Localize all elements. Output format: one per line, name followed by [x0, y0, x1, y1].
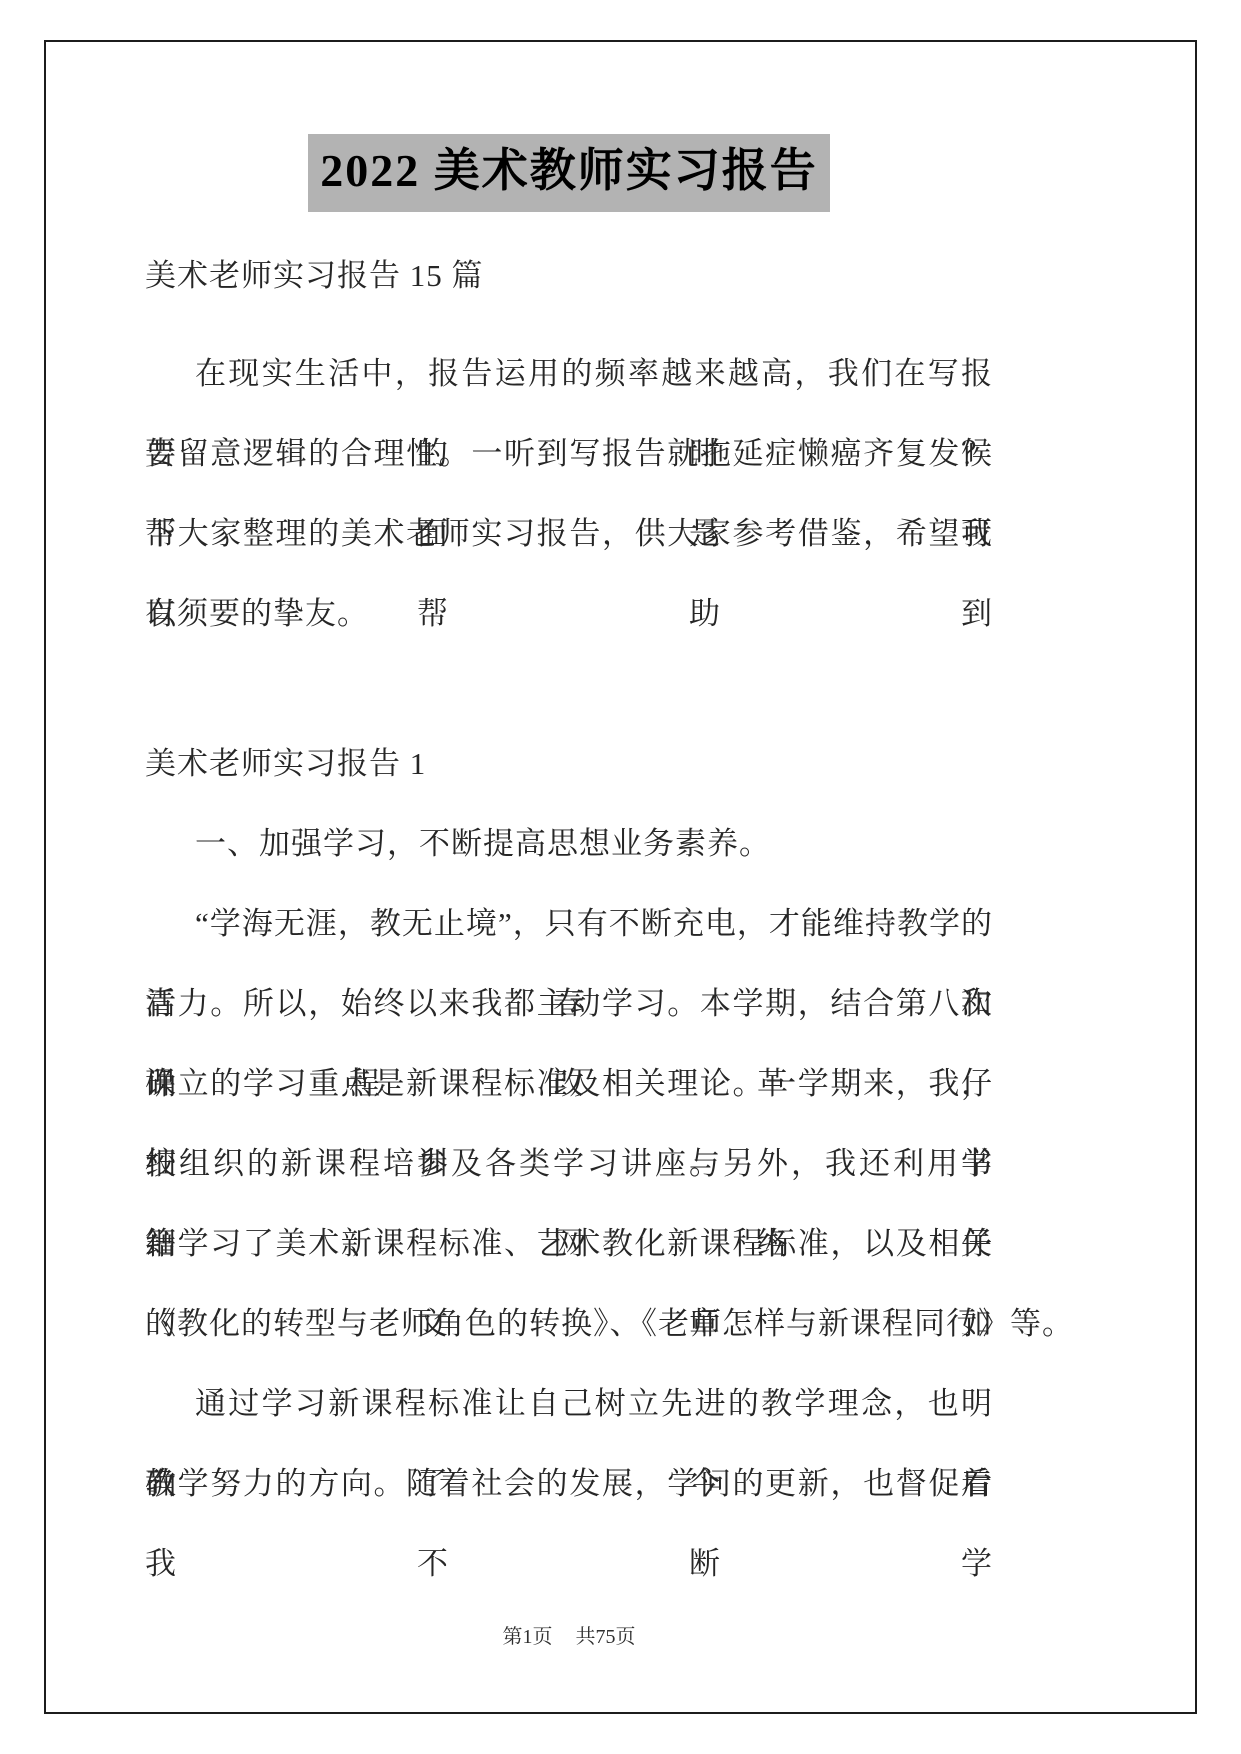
page-number: 第1页 — [503, 1626, 553, 1648]
body-line: 帮大家整理的美术老师实习报告，供大家参考借鉴，希望可以帮助到 — [145, 494, 993, 574]
body-line: 《教化的转型与老师角色的转换》、《老师怎样与新课程同行》等。 — [145, 1284, 993, 1364]
body-line: 通过学习新课程标准让自己树立先进的教学理念，也明确了今后 — [145, 1364, 993, 1444]
title-highlight: 2022 美术教师实习报告 — [308, 134, 830, 212]
body-line: 教学努力的方向。随着社会的发展，学问的更新，也督促着我不断学 — [145, 1444, 993, 1524]
list-heading: 一、加强学习，不断提高思想业务素养。 — [145, 804, 993, 884]
document-title: 2022 美术教师实习报告 — [145, 134, 993, 212]
body-line: 细学习了美术新课程标准、艺术教化新课程标准，以及相关的文章如 — [145, 1204, 993, 1284]
body-line: 确立的学习重点是新课程标准及相关理论。一学期来，我仔细参与学 — [145, 1044, 993, 1124]
intro-heading: 美术老师实习报告 15 篇 — [145, 236, 993, 316]
section-gap — [145, 654, 993, 724]
body-line: 在现实生活中，报告运用的频率越来越高，我们在写报告的时候 — [145, 334, 993, 414]
body-line: 校组织的新课程培训及各类学习讲座。另外，我还利用书籍、网络仔 — [145, 1124, 993, 1204]
total-pages: 共75页 — [576, 1626, 636, 1648]
document-body: 美术老师实习报告 15 篇 在现实生活中，报告运用的频率越来越高，我们在写报告的… — [145, 236, 993, 1524]
document-page: 2022 美术教师实习报告 美术老师实习报告 15 篇 在现实生活中，报告运用的… — [0, 0, 1241, 1754]
body-line: 要留意逻辑的合理性。一听到写报告就拖延症懒癌齐复发？下面是我 — [145, 414, 993, 494]
paragraph-gap — [145, 316, 993, 334]
page-footer: 第1页 共75页 — [145, 1620, 993, 1649]
body-line: “学海无涯，教无止境”，只有不断充电，才能维持教学的青春和 — [145, 884, 993, 964]
body-line: 活力。所以，始终以来我都主动学习。本学期，结合第八次课程改革， — [145, 964, 993, 1044]
section-heading: 美术老师实习报告 1 — [145, 724, 993, 804]
